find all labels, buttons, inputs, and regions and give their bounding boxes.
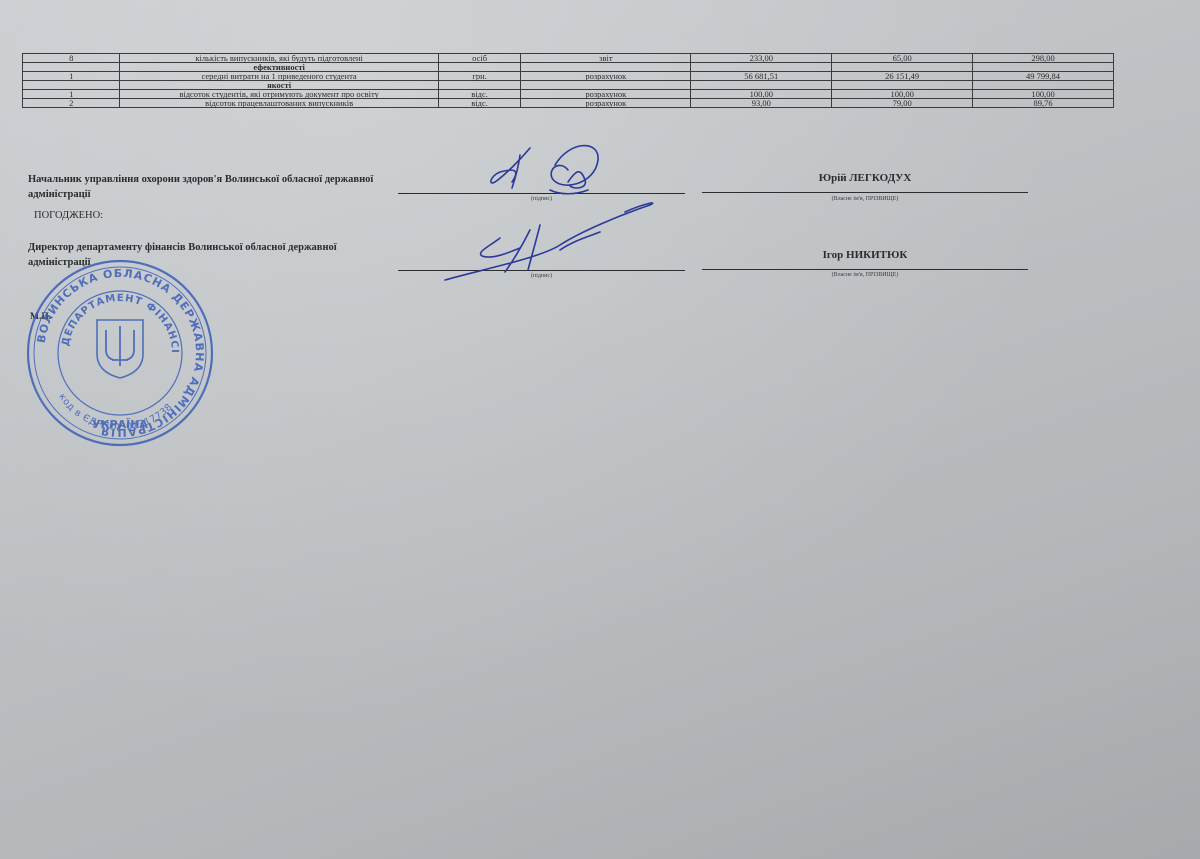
finance-signature — [445, 203, 653, 280]
coat-of-arms-icon — [97, 320, 143, 378]
stamp-bottom-text: УКРАЇНА — [92, 417, 148, 431]
ink-overlay: ВОЛИНСЬКА ОБЛАСНА ДЕРЖАВНА АДМІНІСТРАЦІЯ… — [0, 0, 1200, 859]
head-signature — [491, 146, 598, 194]
signatures — [445, 146, 653, 280]
official-stamp: ВОЛИНСЬКА ОБЛАСНА ДЕРЖАВНА АДМІНІСТРАЦІЯ… — [0, 0, 212, 445]
